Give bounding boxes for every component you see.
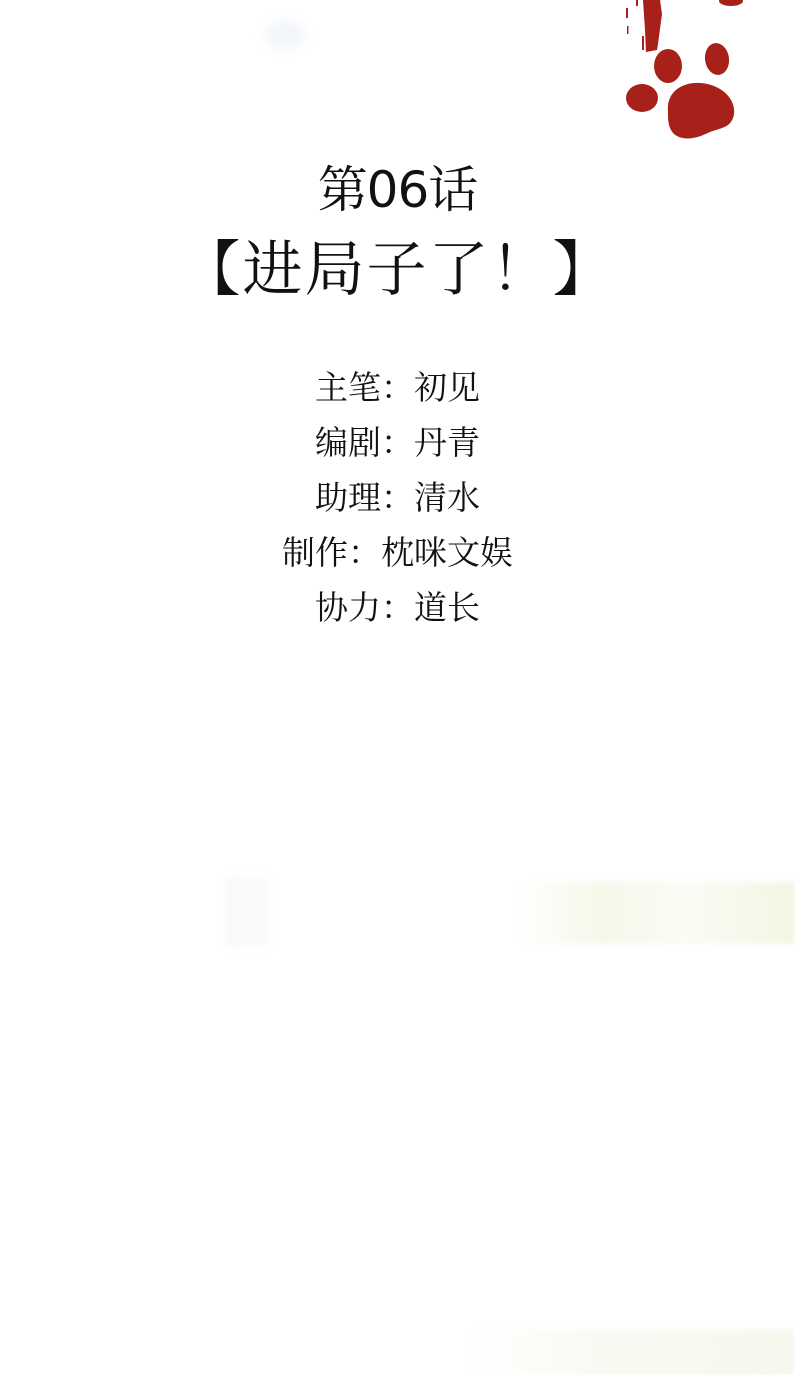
faint-watercolor-smudge-bottom: [460, 1330, 795, 1375]
credit-role: 助理: [315, 478, 381, 517]
chapter-title: 【进局子了！】: [0, 232, 795, 308]
credit-name: 清水: [414, 478, 480, 517]
credit-line-support: 协力：道长: [0, 580, 795, 635]
credits-list: 主笔：初见 编剧：丹青 助理：清水 制作：枕咪文娱 协力：道长: [0, 360, 795, 635]
credit-name: 道长: [414, 588, 480, 627]
credit-name: 丹青: [414, 423, 480, 462]
credit-name: 枕咪文娱: [381, 533, 513, 572]
credit-separator: ：: [381, 588, 414, 627]
credit-role: 协力: [315, 588, 381, 627]
credit-role: 制作: [282, 533, 348, 572]
credit-role: 编剧: [315, 423, 381, 462]
credit-separator: ：: [381, 478, 414, 517]
credit-separator: ：: [381, 423, 414, 462]
credit-line-assistant: 助理：清水: [0, 470, 795, 525]
credit-line-writer: 编剧：丹青: [0, 415, 795, 470]
chapter-number: 第06话: [0, 158, 795, 222]
faint-watercolor-smudge-top: [265, 20, 305, 50]
credit-line-production: 制作：枕咪文娱: [0, 525, 795, 580]
paw-print-icon: [596, 0, 746, 145]
credit-name: 初见: [414, 368, 480, 407]
credit-line-lead-artist: 主笔：初见: [0, 360, 795, 415]
credit-role: 主笔: [315, 368, 381, 407]
faint-foliage-wash: [520, 882, 795, 944]
faint-watercolor-smudge-left: [225, 878, 270, 946]
credit-separator: ：: [348, 533, 381, 572]
credit-separator: ：: [381, 368, 414, 407]
